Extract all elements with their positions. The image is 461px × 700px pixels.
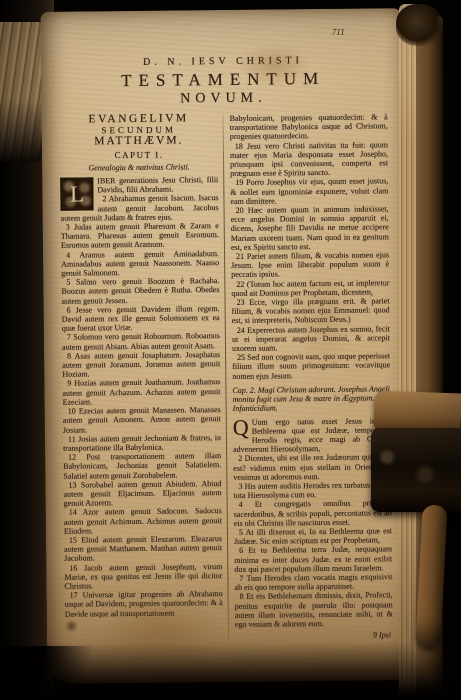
text-columns: EVANGELIVM SECUNDUM MATTHÆVM. CAPUT I. G… <box>60 112 394 643</box>
verse-paragraph: 7 Tum Herodes clam vocatis magis exquisi… <box>234 572 392 592</box>
verse-paragraph: 5 Salmo vero genuit Boozum è Rachaba. Bo… <box>61 276 219 305</box>
fore-edge-pages <box>399 4 417 696</box>
verse-paragraph: 18 Jesu vero Christi nativitas ita fuit:… <box>230 140 388 178</box>
bottom-shadow <box>0 642 461 700</box>
verse-paragraph: 16 Jacob autem genuit Josephum, virum Ma… <box>64 562 222 591</box>
verse-paragraph: 11 Josias autem genuit Jechoniam & fratr… <box>63 433 221 453</box>
verse-paragraph: 6 Et tu Bethleema terra Judæ, nequaquam … <box>234 545 392 574</box>
left-column: EVANGELIVM SECUNDUM MATTHÆVM. CAPUT I. G… <box>60 114 229 643</box>
verse-paragraph: 4 Et congregatis omnibus primariis sacer… <box>234 499 392 528</box>
verse-paragraph: 3 His autem auditis Herodes rex turbatus… <box>233 480 391 500</box>
book-photo: 711 D. N. IESV CHRISTI TESTAMENTUM NOVUM… <box>0 0 461 700</box>
verse-paragraph: 21 Pariet autem filium, & vocabis nomen … <box>231 250 389 279</box>
verse-text: IBER generationis Jesu Christi, filii Da… <box>97 175 218 194</box>
initial-Q: Q <box>233 417 252 436</box>
verse-paragraph: 8 Asas autem genuit Josaphatum. Josaphat… <box>62 350 220 379</box>
verse-paragraph: 12 Post transportationem autem illam Bab… <box>63 451 221 480</box>
verse-text: Uum ergo natus esset Jesus in ea Bethlee… <box>233 416 391 454</box>
right-column: Babylonicam, progenies quatuordecim: & à… <box>224 112 394 641</box>
verse-paragraph: 3 Judas autem genuit Pharesum & Zaram e … <box>61 221 219 250</box>
running-title-line3: NOVUM. <box>59 89 387 108</box>
verse-paragraph: 5 At illi dixerunt ei, In ea Bethleema q… <box>234 526 392 546</box>
catchword: 9 Ipsi <box>235 630 393 641</box>
chapter-1-argument: Genealogia & nativitas Christi. <box>60 162 218 173</box>
running-title: D. N. IESV CHRISTI TESTAMENTUM NOVUM. <box>59 54 388 108</box>
book-page: 711 D. N. IESV CHRISTI TESTAMENTUM NOVUM… <box>40 8 409 684</box>
verse-paragraph: 14 Azor autem genuit Sadocum. Sadocus au… <box>64 506 222 535</box>
verse-paragraph: 6 Jesse vero genuit Davidem illum regem.… <box>62 304 220 333</box>
clasp-hardware-top <box>396 4 442 46</box>
verse-paragraph: 25 Sed non cognovit eam, quo usque peper… <box>232 352 390 381</box>
verse-paragraph: 9 Hozias autem genuit Joathamum. Joatham… <box>62 378 220 407</box>
verse-paragraph: 17 Universæ igitur progenies ab Abrahamo… <box>65 589 223 618</box>
chapter-2-summary: Cap. 2. Magi Christum adorant. Josephus … <box>232 384 390 413</box>
gospel-title-line3: MATTHÆVM. <box>60 136 218 147</box>
running-title-line2: TESTAMENTUM <box>59 68 387 91</box>
verse-paragraph: 19 Porro Josephus vir ejus, quum esset j… <box>230 177 388 206</box>
verse-paragraph: 2 Dicentes, ubi est ille rex Judæorum qu… <box>233 453 391 482</box>
chapter-2-first-verse: Q Uum ergo natus esset Jesus in ea Bethl… <box>233 416 391 454</box>
verse-paragraph: 24 Experrectus autem Josephus ex somno, … <box>232 324 390 353</box>
gospel-title: EVANGELIVM SECUNDUM MATTHÆVM. <box>60 114 218 147</box>
genealogy-verses: 2 Abrahamus genuit Isacum. Isacus autem … <box>60 193 222 618</box>
verse-paragraph: 10 Ezecias autem genuit Manassen. Manass… <box>63 405 221 434</box>
verse-paragraph-first: L IBER generationis Jesu Christi, filii … <box>60 175 218 195</box>
verse-paragraph: 8 Et eis Bethlehemam dimissis, dixit, Pr… <box>235 591 393 629</box>
clasp-metal-fitting <box>371 428 461 512</box>
verse-paragraph: 15 Eliud autem genuit Eleazarum. Eleazar… <box>64 534 222 563</box>
verse-paragraph: 22 (Totum hoc autem factum est, ut imple… <box>231 278 389 298</box>
chapter-2-verses: 2 Dicentes, ubi est ille rex Judæorum qu… <box>233 453 393 630</box>
verse-paragraph: 13 Sorobabel autem genuit Abiudem. Abiud… <box>63 479 221 508</box>
verse-paragraph: 23 Ecce, virgo illa prægnans erit. & par… <box>231 296 389 325</box>
running-title-line1: D. N. IESV CHRISTI <box>59 54 387 68</box>
verse-paragraph: 20 Hæc autem quum in animum induxisset, … <box>231 204 389 252</box>
page-number: 711 <box>332 27 345 37</box>
chapter-1-verses: 18 Jesu vero Christi nativitas ita fuit:… <box>230 140 390 381</box>
ornate-initial-L: L <box>60 177 93 210</box>
continuation-paragraph: Babylonicam, progenies quatuordecim: & à… <box>230 112 388 141</box>
gospel-title-line1: EVANGELIVM <box>60 114 218 125</box>
verse-paragraph: 7 Solomon vero genuit Roboamum. Roboamus… <box>62 332 220 352</box>
chapter-1-heading: CAPUT I. <box>60 150 218 161</box>
dropcap-letter: L <box>70 182 84 205</box>
verse-paragraph: 4 Aramus autem genuit Aminadabum. Aminad… <box>61 249 219 278</box>
